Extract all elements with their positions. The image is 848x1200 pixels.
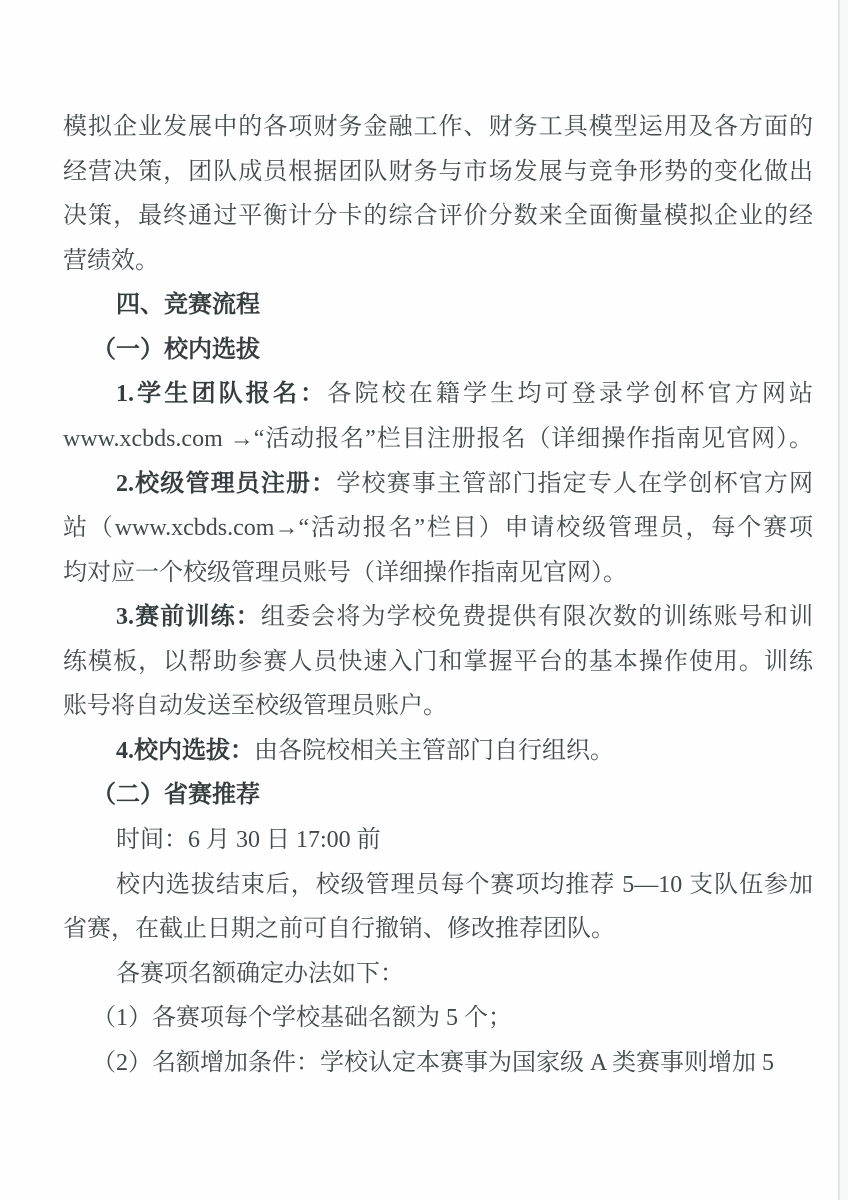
- text-run: 经营决策，团队成员根据团队财务与市场发展与竞争形势的变化做出: [63, 159, 813, 185]
- text-line: 各赛项名额确定办法如下：: [63, 952, 813, 997]
- bold-text-run: 1.学生团队报名：: [116, 381, 327, 407]
- scan-edge-line: [838, 0, 840, 1200]
- text-line: （2）名额增加条件：学校认定本赛事为国家级 A 类赛事则增加 5: [63, 1041, 813, 1086]
- text-run: www.xcbds.com →“活动报名”栏目注册报名（详细操作指南见官网）。: [63, 426, 813, 452]
- text-line: 4.校内选拔：由各院校相关主管部门自行组织。: [63, 729, 813, 774]
- bold-text-run: 3.赛前训练：: [116, 604, 261, 630]
- text-line: 营绩效。: [63, 239, 813, 284]
- text-line: （二）省赛推荐: [63, 773, 813, 818]
- bold-text-run: 2.校级管理员注册：: [116, 471, 336, 497]
- text-line: （一）校内选拔: [63, 328, 813, 373]
- text-line: 站（www.xcbds.com→“活动报名”栏目）申请校级管理员，每个赛项: [63, 506, 813, 551]
- text-run: 由各院校相关主管部门自行组织。: [254, 738, 614, 764]
- bold-text-run: （一）校内选拔: [92, 337, 260, 363]
- bold-text-run: 4.校内选拔：: [116, 738, 254, 764]
- document-page: 模拟企业发展中的各项财务金融工作、财务工具模型运用及各方面的经营决策，团队成员根…: [0, 0, 848, 1200]
- text-run: 组委会将为学校免费提供有限次数的训练账号和训: [261, 604, 813, 630]
- document-body: 模拟企业发展中的各项财务金融工作、财务工具模型运用及各方面的经营决策，团队成员根…: [63, 105, 813, 1085]
- text-line: 决策，最终通过平衡计分卡的综合评价分数来全面衡量模拟企业的经: [63, 194, 813, 239]
- text-run: 各院校在籍学生均可登录学创杯官方网站: [327, 381, 813, 407]
- text-line: www.xcbds.com →“活动报名”栏目注册报名（详细操作指南见官网）。: [63, 417, 813, 462]
- text-run: 各赛项名额确定办法如下：: [116, 961, 404, 987]
- text-line: 校内选拔结束后，校级管理员每个赛项均推荐 5—10 支队伍参加: [63, 863, 813, 908]
- text-line: 四、竞赛流程: [63, 283, 813, 328]
- text-run: （1）各赛项每个学校基础名额为 5 个；: [92, 1005, 512, 1031]
- text-run: 省赛，在截止日期之前可自行撤销、修改推荐团队。: [63, 916, 615, 942]
- text-run: （2）名额增加条件：学校认定本赛事为国家级 A 类赛事则增加 5: [92, 1050, 774, 1076]
- text-run: 均对应一个校级管理员账号（详细操作指南见官网）。: [63, 560, 627, 586]
- text-run: 决策，最终通过平衡计分卡的综合评价分数来全面衡量模拟企业的经: [63, 203, 813, 229]
- bold-text-run: （二）省赛推荐: [92, 782, 260, 808]
- bold-text-run: 四、竞赛流程: [116, 292, 260, 318]
- text-run: 校内选拔结束后，校级管理员每个赛项均推荐 5—10 支队伍参加: [116, 872, 813, 898]
- text-run: 营绩效。: [63, 248, 159, 274]
- text-run: 练模板，以帮助参赛人员快速入门和掌握平台的基本操作使用。训练: [63, 649, 813, 675]
- text-line: （1）各赛项每个学校基础名额为 5 个；: [63, 996, 813, 1041]
- text-line: 经营决策，团队成员根据团队财务与市场发展与竞争形势的变化做出: [63, 150, 813, 195]
- text-line: 时间：6 月 30 日 17:00 前: [63, 818, 813, 863]
- text-line: 省赛，在截止日期之前可自行撤销、修改推荐团队。: [63, 907, 813, 952]
- text-run: 模拟企业发展中的各项财务金融工作、财务工具模型运用及各方面的: [63, 114, 813, 140]
- text-line: 3.赛前训练：组委会将为学校免费提供有限次数的训练账号和训: [63, 595, 813, 640]
- scan-edge-soft-strip: [840, 0, 848, 1200]
- text-line: 练模板，以帮助参赛人员快速入门和掌握平台的基本操作使用。训练: [63, 640, 813, 685]
- text-run: 站（www.xcbds.com→“活动报名”栏目）申请校级管理员，每个赛项: [63, 515, 813, 541]
- text-run: 账号将自动发送至校级管理员账户。: [63, 693, 447, 719]
- text-run: 学校赛事主管部门指定专人在学创杯官方网: [336, 471, 813, 497]
- text-line: 账号将自动发送至校级管理员账户。: [63, 684, 813, 729]
- text-run: 时间：6 月 30 日 17:00 前: [116, 827, 381, 853]
- text-line: 2.校级管理员注册：学校赛事主管部门指定专人在学创杯官方网: [63, 462, 813, 507]
- text-line: 均对应一个校级管理员账号（详细操作指南见官网）。: [63, 551, 813, 596]
- text-line: 模拟企业发展中的各项财务金融工作、财务工具模型运用及各方面的: [63, 105, 813, 150]
- text-line: 1.学生团队报名：各院校在籍学生均可登录学创杯官方网站: [63, 372, 813, 417]
